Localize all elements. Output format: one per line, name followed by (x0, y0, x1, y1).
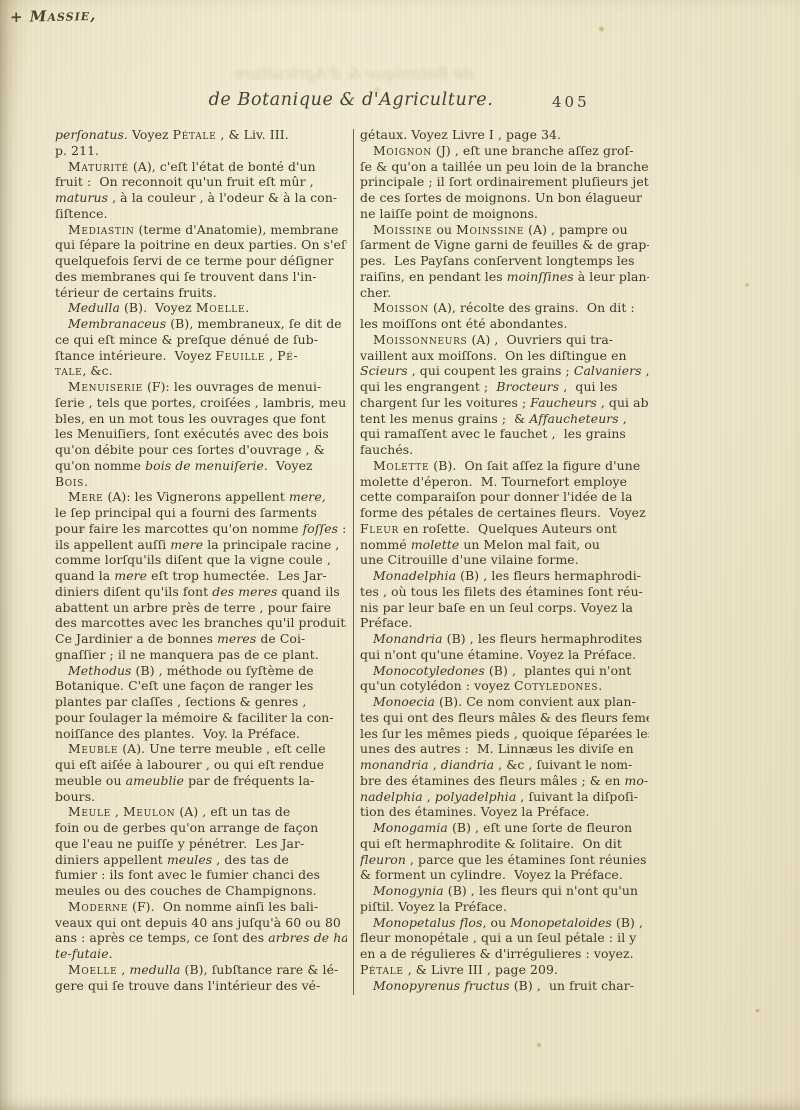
text-line: cher. (360, 285, 649, 301)
text-line: qui les engrangent ; Brocteurs , qui les (360, 379, 649, 395)
text-line: Monopetalus flos, ou Monopetaloides (B) … (360, 915, 649, 931)
text-line: pour faire les marcottes qu'on nomme foſ… (55, 521, 347, 537)
text-line: Ce Jardinier a de bonnes meres de Coi- (55, 631, 347, 647)
text-line: Scieurs , qui coupent les grains ; Calva… (360, 363, 649, 379)
text-line: abattent un arbre près de terre , pour f… (55, 600, 347, 616)
text-line: diniers diſent qu'ils font des meres qua… (55, 584, 347, 600)
text-line: qu'on débite pour ces ſortes d'ouvrage ,… (55, 442, 347, 458)
text-line: ſerie , tels que portes, croiſées , lamb… (55, 395, 347, 411)
text-line: qui eſt aiſée à labourer , ou qui eſt re… (55, 757, 347, 773)
text-line: qui ſépare la poitrine en deux parties. … (55, 237, 347, 253)
text-line: de ces ſortes de moignons. Un bon élague… (360, 190, 649, 206)
text-line: Molette (B). On ſait aſſez la figure d'u… (360, 458, 649, 474)
text-line: Monogynia (B) , les fleurs qui n'ont qu'… (360, 883, 649, 899)
text-line: qui ramaſſent avec le fauchet , les grai… (360, 426, 649, 442)
text-line: pes. Les Payſans conſervent longtemps le… (360, 253, 649, 269)
text-line: tent les menus grains ; & Affaucheteurs … (360, 411, 649, 427)
text-line: te-futaie. (55, 946, 347, 962)
text-line: Monadelphia (B) , les fleurs hermaphrodi… (360, 568, 649, 584)
text-line: fruit : On reconnoit qu'un fruit eſt mûr… (55, 174, 347, 190)
text-line: diniers appellent meules , des tas de (55, 852, 347, 868)
text-line: une Citrouille d'une vilaine forme. (360, 552, 649, 568)
text-line: Mere (A): les Vignerons appellent mere, (55, 489, 347, 505)
text-line: ſiſtence. (55, 206, 347, 222)
text-line: nadelphia , polyadelphia , ſuivant la di… (360, 789, 649, 805)
text-line: unes des autres : M. Linnæus les diviſe … (360, 741, 649, 757)
text-line: gnaſſier ; il ne manquera pas de ce plan… (55, 647, 347, 663)
text-line: fleur monopétale , qui a un ſeul pétale … (360, 930, 649, 946)
text-line: raiſins, en pendant les moinſſines à leu… (360, 269, 649, 285)
text-line: bours. (55, 789, 347, 805)
text-line: veaux qui ont depuis 40 ans juſqu'à 60 o… (55, 915, 347, 931)
text-line: qui n'ont qu'une étamine. Voyez la Préfa… (360, 647, 649, 663)
text-line: Meuble (A). Une terre meuble , eſt celle (55, 741, 347, 757)
text-line: maturus , à la couleur , à l'odeur & à l… (55, 190, 347, 206)
foxing-spot (744, 282, 750, 288)
text-line: tion des étamines. Voyez la Préface. (360, 804, 649, 820)
text-line: Mediastin (terme d'Anatomie), membrane (55, 222, 347, 238)
text-line: nommé molette un Melon mal fait, ou (360, 537, 649, 553)
text-line: tes qui ont des fleurs mâles & des fleur… (360, 710, 649, 726)
text-line: Moelle , medulla (B), ſubſtance rare & l… (55, 962, 347, 978)
text-line: chargent ſur les voitures ; Faucheurs , … (360, 395, 649, 411)
text-line: qui eſt hermaphrodite & ſolitaire. On di… (360, 836, 649, 852)
text-line: Membranaceus (B), membraneux, ſe dit de (55, 316, 347, 332)
text-line: nis par leur baſe en un ſeul corps. Voye… (360, 600, 649, 616)
text-line: meuble ou ameublie par de fréquents la- (55, 773, 347, 789)
page-number: 405 (552, 93, 590, 111)
text-line: le ſep principal qui a fourni des ſarmen… (55, 505, 347, 521)
left-column: perſonatus. Voyez Pétale , & Liv. III.p.… (55, 127, 347, 995)
column-divider-rule (353, 129, 354, 995)
text-line: Moissine ou Moinssine (A) , pampre ou (360, 222, 649, 238)
text-line: que l'eau ne puiſſe y pénétrer. Les Jar- (55, 836, 347, 852)
text-line: ans : après ce temps, ce ſont des arbres… (55, 930, 347, 946)
text-line: piſtil. Voyez la Préface. (360, 899, 649, 915)
right-column: gétaux. Voyez Livre I , page 34.Moignon … (360, 127, 649, 995)
text-line: Monandria (B) , les fleurs hermaphrodite… (360, 631, 649, 647)
foxing-spot (536, 1042, 542, 1048)
text-line: monandria , diandria , &c , ſuivant le n… (360, 757, 649, 773)
text-block: perſonatus. Voyez Pétale , & Liv. III.p.… (55, 127, 649, 995)
text-line: qu'un cotylédon : voyez Cotyledones. (360, 678, 649, 694)
text-line: & forment un cylindre. Voyez la Préface. (360, 867, 649, 883)
text-line: bles, en un mot tous les ouvrages que fo… (55, 411, 347, 427)
text-line: meules ou des couches de Champignons. (55, 883, 347, 899)
text-line: fumier : ils font avec le fumier chanci … (55, 867, 347, 883)
text-line: fauchés. (360, 442, 649, 458)
text-line: térieur de certains fruits. (55, 285, 347, 301)
text-line: Meule , Meulon (A) , eſt un tas de (55, 804, 347, 820)
text-line: les ſur les mêmes pieds , quoique ſéparé… (360, 726, 649, 742)
text-line: ſe & qu'on a taillée un peu loin de la b… (360, 159, 649, 175)
text-line: principale ; il ſort ordinairement pluſi… (360, 174, 649, 190)
text-line: ſarment de Vigne garni de feuilles & de … (360, 237, 649, 253)
text-line: plantes par claſſes , ſections & genres … (55, 694, 347, 710)
text-line: noiſſance des plantes. Voy. la Préface. (55, 726, 347, 742)
text-line: Moissonneurs (A) , Ouvriers qui tra- (360, 332, 649, 348)
text-line: forme des pétales de certaines fleurs. V… (360, 505, 649, 521)
text-line: Monopyrenus fructus (B) , un fruit char- (360, 978, 649, 994)
text-line: Fleur en roſette. Quelques Auteurs ont (360, 521, 649, 537)
ink-bleed-through: de Botanique & d'Agriculture. (55, 64, 647, 83)
text-line: ne laiſſe point de moignons. (360, 206, 649, 222)
text-line: Methodus (B) , méthode ou ſyſtème de (55, 663, 347, 679)
text-line: ce qui eſt mince & preſque dénué de ſub- (55, 332, 347, 348)
text-line: des membranes qui ſe trouvent dans l'in- (55, 269, 347, 285)
text-line: Monocotyledones (B) , plantes qui n'ont (360, 663, 649, 679)
text-line: des marcottes avec les branches qu'il pr… (55, 615, 347, 631)
text-line: Maturité (A), c'eſt l'état de bonté d'un (55, 159, 347, 175)
text-line: p. 211. (55, 143, 347, 159)
text-line: pour ſoulager la mémoire & faciliter la … (55, 710, 347, 726)
text-line: qu'on nomme bois de menuiſerie. Voyez (55, 458, 347, 474)
text-line: Pétale , & Livre III , page 209. (360, 962, 649, 978)
text-line: Botanique. C'eſt une façon de ranger les (55, 678, 347, 694)
text-line: quand la mere eſt trop humectée. Les Jar… (55, 568, 347, 584)
text-line: tale, &c. (55, 363, 347, 379)
text-line: comme lorſqu'ils diſent que la vigne cou… (55, 552, 347, 568)
text-line: les Menuiſiers, ſont exécutés avec des b… (55, 426, 347, 442)
text-line: quelquefois ſervi de ce terme pour déſig… (55, 253, 347, 269)
text-line: Bois. (55, 474, 347, 490)
text-line: tes , où tous les filets des étamines ſo… (360, 584, 649, 600)
text-line: Monoecia (B). Ce nom convient aux plan- (360, 694, 649, 710)
text-line: Préface. (360, 615, 649, 631)
text-line: Moderne (F). On nomme ainſi les bali- (55, 899, 347, 915)
text-line: molette d'éperon. M. Tournefort employe (360, 474, 649, 490)
text-line: gere qui ſe trouve dans l'intérieur des … (55, 978, 347, 994)
text-line: foin ou de gerbes qu'on arrange de façon (55, 820, 347, 836)
text-line: cette comparaiſon pour donner l'idée de … (360, 489, 649, 505)
text-line: Medulla (B). Voyez Moelle. (55, 300, 347, 316)
text-line: vaillent aux moiſſons. On les diſtingue … (360, 348, 649, 364)
text-line: Menuiserie (F): les ouvrages de menui- (55, 379, 347, 395)
book-page: + Massie, de Botanique & d'Agriculture. … (0, 0, 800, 1110)
text-line: en a de régulieres & d'irrégulieres : vo… (360, 946, 649, 962)
text-line: ils appellent auſſi mere la principale r… (55, 537, 347, 553)
foxing-spot (598, 26, 605, 32)
text-line: les moiſſons ont été abondantes. (360, 316, 649, 332)
text-line: Moisson (A), récolte des grains. On dit … (360, 300, 649, 316)
text-line: ſtance intérieure. Voyez Feuille , Pé- (55, 348, 347, 364)
handwritten-annotation: + Massie, (10, 6, 97, 26)
text-line: fleuron , parce que les étamines ſont ré… (360, 852, 649, 868)
text-line: bre des étamines des fleurs mâles ; & en… (360, 773, 649, 789)
text-line: perſonatus. Voyez Pétale , & Liv. III. (55, 127, 347, 143)
text-line: Monogamia (B) , eſt une ſorte de fleuron (360, 820, 649, 836)
text-line: gétaux. Voyez Livre I , page 34. (360, 127, 649, 143)
foxing-spot (755, 1008, 760, 1013)
text-line: Moignon (J) , eſt une branche aſſez groſ… (360, 143, 649, 159)
